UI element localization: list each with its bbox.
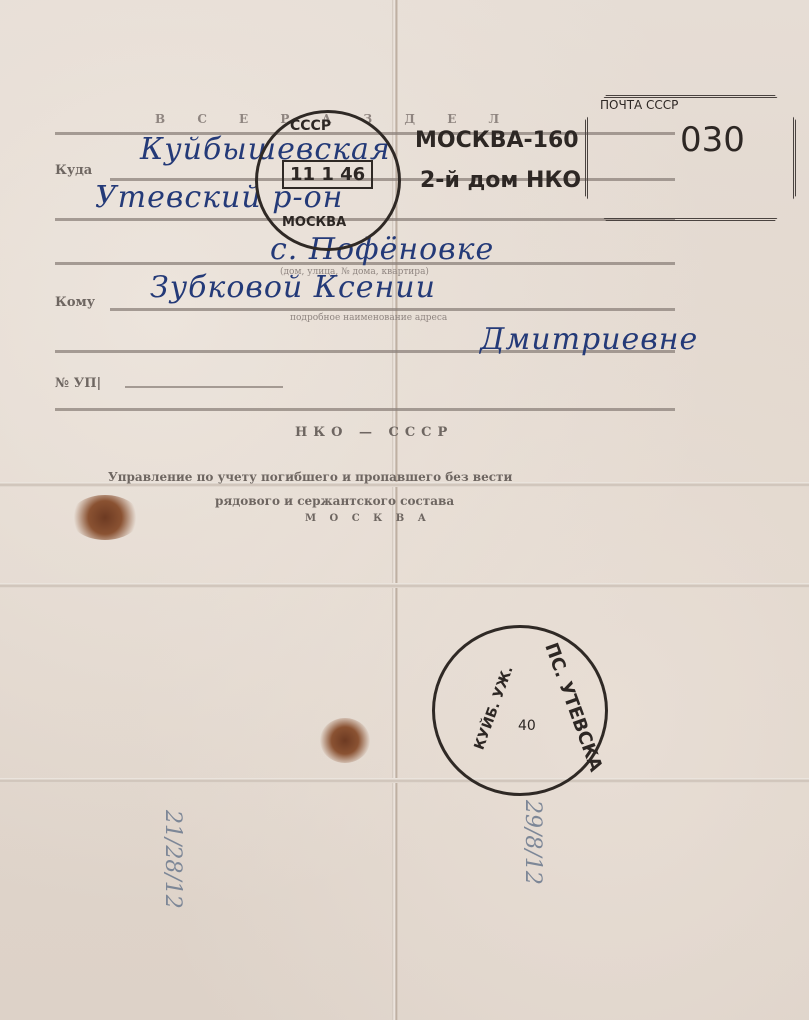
up-label: № УП| — [55, 376, 101, 391]
pencil-note: 29/8/12 — [520, 800, 545, 885]
moscow-line-stamp: МОСКВА-160 — [415, 128, 579, 153]
address-line — [55, 408, 675, 411]
stain — [70, 495, 140, 540]
up-line — [125, 386, 283, 388]
postage-stamp-top: ПОЧТА СССР — [600, 98, 678, 112]
org-line-3: М О С К В А — [305, 513, 431, 524]
nko-line-stamp: 2-й дом НКО — [420, 168, 581, 193]
arrival-postmark-date: 40 — [518, 718, 536, 734]
org-line-1: Управление по учету погибшего и пропавше… — [108, 470, 512, 484]
postmark-top-text: СССР — [290, 118, 331, 134]
postmark-bottom-text: МОСКВА — [282, 215, 346, 230]
sub-label: подробное наименование адреса — [290, 313, 447, 323]
postmark-date: 11 1 46 — [282, 160, 373, 189]
stain — [320, 718, 370, 763]
postage-stamp-number: 030 — [680, 120, 745, 160]
handwritten-recipient: Зубковой Ксении — [150, 270, 436, 305]
pencil-note: 21/28/12 — [160, 810, 185, 909]
horizontal-fold — [0, 583, 809, 588]
kuda-label: Куда — [55, 163, 92, 178]
org-title: НКО — СССР — [295, 425, 453, 440]
komu-label: Кому — [55, 295, 95, 310]
handwritten-patronymic: Дмитриевне — [480, 322, 698, 357]
horizontal-fold — [0, 778, 809, 783]
org-line-2: рядового и сержантского состава — [215, 494, 454, 508]
address-line — [110, 308, 675, 311]
